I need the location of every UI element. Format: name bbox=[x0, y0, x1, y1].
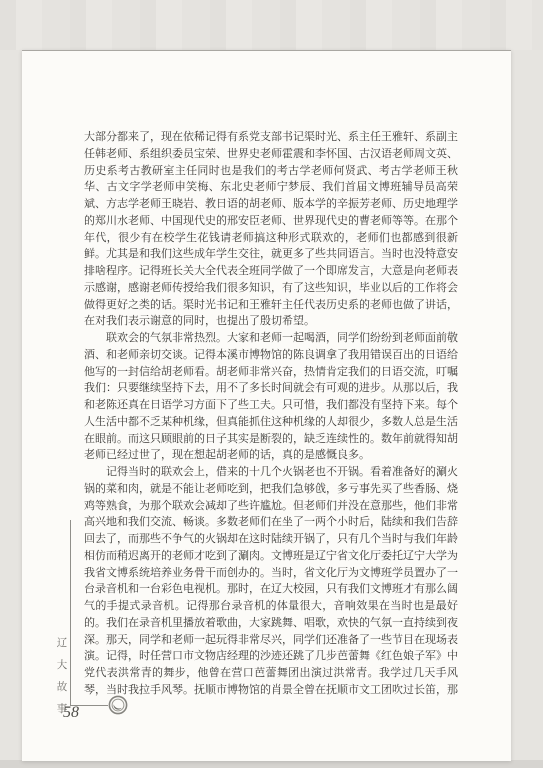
book-page: 大部分都来了，现在依稀记得有系党支部书记渠时光、系主任王雅轩、系副主任韩老师、系… bbox=[22, 50, 511, 761]
scan-background-top bbox=[0, 0, 543, 50]
series-title-char: 辽 bbox=[55, 635, 69, 650]
body-paragraph: 联欢会的气氛非常热烈。大家和老师一起喝酒，同学们纷纷到老师面前敬酒、和老师亲切交… bbox=[84, 330, 458, 464]
sidebar-rule bbox=[70, 520, 71, 706]
page-number: 58 bbox=[63, 704, 79, 722]
scanned-book-page: 大部分都来了，现在依稀记得有系党支部书记渠时光、系主任王雅轩、系副主任韩老师、系… bbox=[0, 0, 543, 768]
body-paragraph: 大部分都来了，现在依稀记得有系党支部书记渠时光、系主任王雅轩、系副主任韩老师、系… bbox=[84, 129, 458, 330]
body-text: 大部分都来了，现在依稀记得有系党支部书记渠时光、系主任王雅轩、系副主任韩老师、系… bbox=[84, 129, 458, 699]
body-paragraph: 记得当时的联欢会上，借来的十几个火锅老也不开锅。看着准备好的涮火锅的菜和肉，就是… bbox=[84, 464, 458, 699]
series-title-char: 故 bbox=[55, 679, 69, 694]
series-title-char: 大 bbox=[55, 657, 69, 672]
scan-background-bottom bbox=[0, 760, 543, 768]
spiral-circle-ornament-icon bbox=[107, 694, 129, 716]
